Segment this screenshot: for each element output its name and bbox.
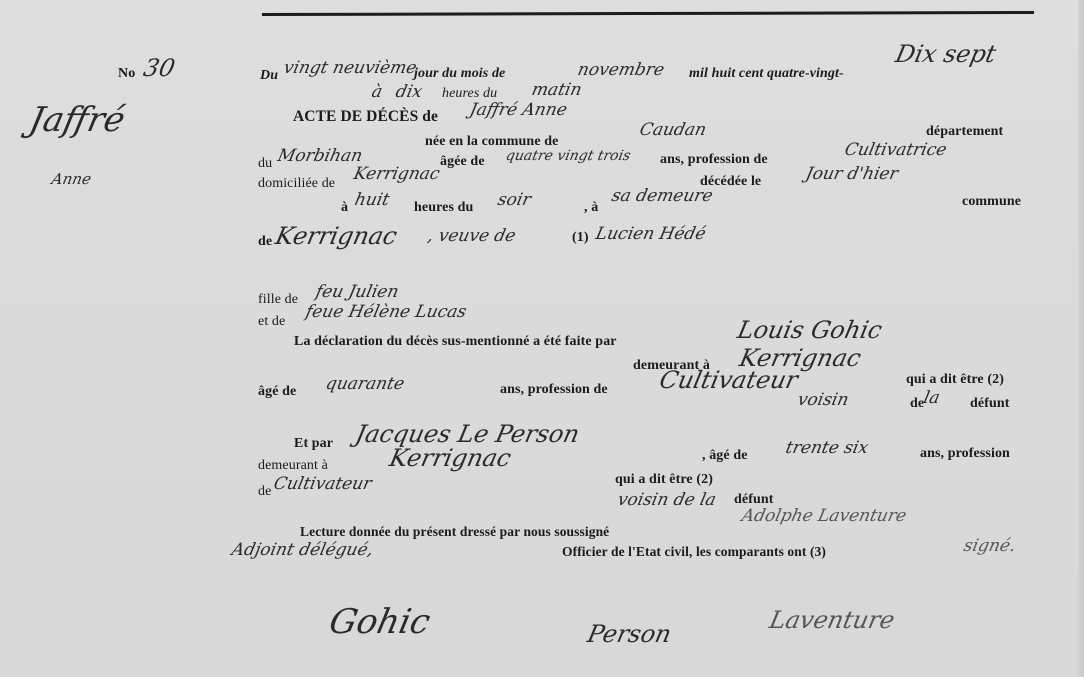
- declarant2-profession-handwritten: Cultivateur: [272, 474, 374, 494]
- margin-given-name: Anne: [50, 170, 93, 188]
- widow-handwritten: , veuve de: [426, 226, 518, 246]
- commune-handwritten: Kerrignac: [273, 222, 400, 250]
- declarant1-name-handwritten: Louis Gohic: [735, 316, 885, 344]
- declarant2-relation-label: qui a dit être (2): [615, 472, 713, 488]
- daughter-label: fille de: [258, 292, 298, 308]
- years-profession-label: ans, profession de: [660, 152, 768, 168]
- signature-laventure: Laventure: [767, 606, 897, 634]
- declarant2-residing-label: demeurant à: [258, 458, 328, 474]
- signature-person: Person: [585, 620, 674, 648]
- father-handwritten: feu Julien: [314, 282, 401, 302]
- declarant2-profession-label: ans, profession: [920, 446, 1010, 462]
- at-label: à: [341, 200, 348, 216]
- day-handwritten: vingt neuvième: [282, 58, 419, 78]
- commune-label: commune: [962, 194, 1021, 210]
- declarant1-relation-label: qui a dit être (2): [906, 372, 1004, 388]
- officer-name-handwritten: Adolphe Laventure: [740, 506, 908, 526]
- act-title: ACTE DE DÉCÈS de: [293, 108, 438, 126]
- department-prefix: du: [258, 156, 272, 172]
- period-handwritten: matin: [530, 80, 584, 100]
- declarant1-profession-handwritten: Cultivateur: [657, 366, 800, 394]
- header-du: Du: [260, 68, 278, 84]
- and-label: et de: [258, 314, 285, 330]
- signed-handwritten: signé.: [962, 536, 1018, 556]
- profession-handwritten: Cultivatrice: [843, 140, 949, 160]
- declarant2-profession-prefix: de: [258, 484, 271, 500]
- note-1: (1): [572, 230, 589, 246]
- top-rule: [262, 11, 1034, 16]
- declarant1-of-handwritten: la: [922, 388, 942, 408]
- died-period-handwritten: soir: [496, 190, 533, 210]
- margin-surname: Jaffré: [26, 100, 129, 140]
- declarant1-age-handwritten: quarante: [324, 374, 406, 394]
- declarant1-deceased-label: défunt: [970, 396, 1010, 412]
- declarant2-age-handwritten: trente six: [784, 438, 870, 458]
- domicile-handwritten: Kerrignac: [352, 164, 442, 184]
- spouse-handwritten: Lucien Hédé: [594, 224, 708, 244]
- hours-label: heures du: [414, 200, 473, 216]
- declarant1-relation-handwritten: voisin: [796, 390, 851, 410]
- time-a: à: [370, 82, 384, 102]
- declarant2-intro: Et par: [294, 436, 333, 452]
- died-date-handwritten: Jour d'hier: [804, 164, 900, 184]
- place-label: , à: [584, 200, 598, 216]
- declarant2-age-label: , âgé de: [702, 448, 748, 464]
- commune-prefix: de: [258, 234, 272, 250]
- declarant1-profession-label: ans, profession de: [500, 382, 608, 398]
- age-label: âgée de: [440, 154, 485, 170]
- department-handwritten: Morbihan: [276, 146, 364, 166]
- hour-handwritten: dix: [394, 82, 424, 102]
- header-jour-mois: jour du mois de: [414, 66, 505, 82]
- death-certificate-scan: No 30 Jaffré Anne Du vingt neuvième jour…: [0, 0, 1084, 677]
- reading-statement: Lecture donnée du présent dressé par nou…: [300, 524, 609, 540]
- department-label: département: [926, 124, 1003, 140]
- domicile-label: domiciliée de: [258, 176, 335, 192]
- declarant1-age-label: âgé de: [258, 384, 296, 400]
- record-number-label: No: [118, 66, 135, 82]
- header-year-printed: mil huit cent quatre-vingt-: [689, 66, 844, 82]
- declaration-intro: La déclaration du décès sus-mentionné a …: [294, 334, 617, 350]
- deceased-name-handwritten: Jaffré Anne: [468, 100, 569, 120]
- margin-note-handwritten: Adjoint délégué,: [230, 540, 375, 560]
- record-number: 30: [141, 54, 177, 82]
- died-hour-handwritten: huit: [353, 190, 391, 210]
- age-handwritten: quatre vingt trois: [504, 148, 632, 164]
- page-edge: [1078, 0, 1084, 677]
- place-handwritten: sa demeure: [610, 186, 715, 206]
- declarant2-relation-handwritten: voisin de la: [616, 490, 718, 510]
- declarant2-residence-handwritten: Kerrignac: [387, 444, 514, 472]
- year-handwritten: Dix sept: [893, 40, 999, 68]
- mother-handwritten: feue Hélène Lucas: [304, 302, 468, 322]
- month-handwritten: novembre: [576, 60, 666, 80]
- signature-gohic: Gohic: [326, 602, 434, 642]
- birth-commune-handwritten: Caudan: [638, 120, 708, 140]
- officer-statement: Officier de l'Etat civil, les comparants…: [562, 544, 826, 560]
